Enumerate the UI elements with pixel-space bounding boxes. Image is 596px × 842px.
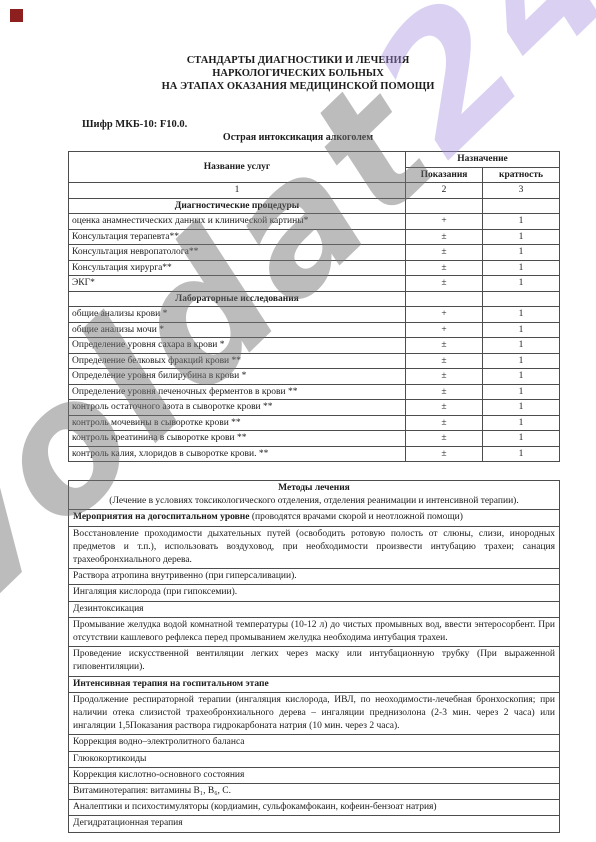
service-name: Консультация хирурга** bbox=[69, 260, 406, 276]
service-indication: ± bbox=[406, 353, 483, 369]
treatment-table: Методы лечения (Лечение в условиях токси… bbox=[68, 480, 560, 833]
service-indication: ± bbox=[406, 446, 483, 462]
treatment-cell: Коррекция кислотно-основного состояния bbox=[69, 767, 560, 783]
service-row: оценка анамнестических данных и клиничес… bbox=[69, 214, 560, 230]
diagnosis-subtitle: Острая интоксикация алкоголем bbox=[0, 132, 596, 143]
service-name: оценка анамнестических данных и клиничес… bbox=[69, 214, 406, 230]
treatment-cell: Промывание желудка водой комнатной темпе… bbox=[69, 617, 560, 646]
treatment-row: Промывание желудка водой комнатной темпе… bbox=[69, 617, 560, 646]
service-frequency: 1 bbox=[483, 415, 560, 431]
service-frequency: 1 bbox=[483, 353, 560, 369]
service-row: Определение уровня печеночных ферментов … bbox=[69, 384, 560, 400]
service-frequency: 1 bbox=[483, 214, 560, 230]
section-title: Лабораторные исследования bbox=[69, 291, 406, 307]
treatment-subtitle: (Лечение в условиях токсикологического о… bbox=[73, 495, 555, 508]
section-row: Лабораторные исследования bbox=[69, 291, 560, 307]
treatment-row: Продолжение респираторной терапии (ингал… bbox=[69, 692, 560, 735]
service-row: контроль остаточного азота в сыворотке к… bbox=[69, 400, 560, 416]
service-indication: + bbox=[406, 214, 483, 230]
service-indication: + bbox=[406, 307, 483, 323]
service-name: общие анализы мочи * bbox=[69, 322, 406, 338]
service-frequency: 1 bbox=[483, 400, 560, 416]
service-frequency: 1 bbox=[483, 431, 560, 447]
service-row: Определение белковых фракций крови ** ± … bbox=[69, 353, 560, 369]
treatment-cell: Коррекция водно–электролитного баланса bbox=[69, 735, 560, 751]
service-indication: ± bbox=[406, 260, 483, 276]
treatment-row: Глюкокортикоиды bbox=[69, 751, 560, 767]
treatment-cell: Глюкокортикоиды bbox=[69, 751, 560, 767]
treatment-header-cell: Методы лечения (Лечение в условиях токси… bbox=[69, 481, 560, 510]
treatment-cell: Аналептики и психостимуляторы (кордиамин… bbox=[69, 800, 560, 816]
treatment-row: Коррекция кислотно-основного состояния bbox=[69, 767, 560, 783]
treatment-cell: Витаминотерапия: витамины В₁, В₆, С. bbox=[69, 784, 560, 800]
service-frequency: 1 bbox=[483, 307, 560, 323]
treatment-cell: Восстановление проходимости дыхательных … bbox=[69, 526, 560, 569]
service-indication: ± bbox=[406, 369, 483, 385]
document-page: СТАНДАРТЫ ДИАГНОСТИКИ И ЛЕЧЕНИЯ НАРКОЛОГ… bbox=[0, 0, 596, 842]
service-indication: + bbox=[406, 322, 483, 338]
service-frequency: 1 bbox=[483, 338, 560, 354]
title-line-2: НАРКОЛОГИЧЕСКИХ БОЛЬНЫХ bbox=[0, 67, 596, 80]
section-title: Диагностические процедуры bbox=[69, 198, 406, 214]
treatment-row: Проведение искусственной вентиляции легк… bbox=[69, 647, 560, 676]
treatment-cell: Дегидратационная терапия bbox=[69, 816, 560, 832]
title-line-3: НА ЭТАПАХ ОКАЗАНИЯ МЕДИЦИНСКОЙ ПОМОЩИ bbox=[0, 80, 596, 93]
header-row-1: Название услуг Назначение bbox=[69, 152, 560, 168]
index-cell-2: 2 bbox=[406, 183, 483, 199]
treatment-row: Интенсивная терапия на госпитальном этап… bbox=[69, 676, 560, 692]
service-name: контроль мочевины в сыворотке крови ** bbox=[69, 415, 406, 431]
service-name: общие анализы крови * bbox=[69, 307, 406, 323]
col-header-group: Назначение bbox=[406, 152, 560, 168]
service-row: Консультация хирурга** ± 1 bbox=[69, 260, 560, 276]
service-row: контроль калия, хлоридов в сыворотке кро… bbox=[69, 446, 560, 462]
service-indication: ± bbox=[406, 400, 483, 416]
service-indication: ± bbox=[406, 384, 483, 400]
treatment-row: Аналептики и психостимуляторы (кордиамин… bbox=[69, 800, 560, 816]
service-name: контроль калия, хлоридов в сыворотке кро… bbox=[69, 446, 406, 462]
service-row: Консультация невропатолога** ± 1 bbox=[69, 245, 560, 261]
document-title: СТАНДАРТЫ ДИАГНОСТИКИ И ЛЕЧЕНИЯ НАРКОЛОГ… bbox=[0, 54, 596, 93]
title-line-1: СТАНДАРТЫ ДИАГНОСТИКИ И ЛЕЧЕНИЯ bbox=[0, 54, 596, 67]
service-frequency: 1 bbox=[483, 229, 560, 245]
service-indication: ± bbox=[406, 245, 483, 261]
treatment-cell: Продолжение респираторной терапии (ингал… bbox=[69, 692, 560, 735]
treatment-row: Мероприятия на догоспитальном уровне (пр… bbox=[69, 510, 560, 526]
treatment-cell: Раствора атропина внутривенно (при гипер… bbox=[69, 569, 560, 585]
service-row: контроль мочевины в сыворотке крови ** ±… bbox=[69, 415, 560, 431]
empty-cell bbox=[483, 198, 560, 214]
service-name: Определение уровня печеночных ферментов … bbox=[69, 384, 406, 400]
service-row: общие анализы мочи * + 1 bbox=[69, 322, 560, 338]
treatment-cell: Проведение искусственной вентиляции легк… bbox=[69, 647, 560, 676]
treatment-row: Дегидратационная терапия bbox=[69, 816, 560, 832]
treatment-cell: Ингаляция кислорода (при гипоксемии). bbox=[69, 585, 560, 601]
section-row: Диагностические процедуры bbox=[69, 198, 560, 214]
index-cell-1: 1 bbox=[69, 183, 406, 199]
treatment-row: Восстановление проходимости дыхательных … bbox=[69, 526, 560, 569]
service-frequency: 1 bbox=[483, 369, 560, 385]
service-row: Консультация терапевта** ± 1 bbox=[69, 229, 560, 245]
treatment-cell: Мероприятия на догоспитальном уровне (пр… bbox=[69, 510, 560, 526]
service-row: Определение уровня сахара в крови * ± 1 bbox=[69, 338, 560, 354]
service-indication: ± bbox=[406, 415, 483, 431]
treatment-row: Коррекция водно–электролитного баланса bbox=[69, 735, 560, 751]
service-name: контроль остаточного азота в сыворотке к… bbox=[69, 400, 406, 416]
treatment-row: Витаминотерапия: витамины В₁, В₆, С. bbox=[69, 784, 560, 800]
col-header-name: Название услуг bbox=[69, 152, 406, 183]
service-frequency: 1 bbox=[483, 276, 560, 292]
icd-code-label: Шифр МКБ-10: F10.0. bbox=[82, 119, 596, 130]
service-frequency: 1 bbox=[483, 384, 560, 400]
service-row: контроль креатинина в сыворотке крови **… bbox=[69, 431, 560, 447]
treatment-title: Методы лечения bbox=[73, 482, 555, 495]
service-indication: ± bbox=[406, 431, 483, 447]
service-indication: ± bbox=[406, 229, 483, 245]
service-name: Консультация невропатолога** bbox=[69, 245, 406, 261]
service-indication: ± bbox=[406, 338, 483, 354]
treatment-cell: Интенсивная терапия на госпитальном этап… bbox=[69, 676, 560, 692]
treatment-row: Дезинтоксикация bbox=[69, 601, 560, 617]
corner-stamp-square bbox=[10, 9, 23, 22]
service-name: Определение уровня билирубина в крови * bbox=[69, 369, 406, 385]
service-name: Консультация терапевта** bbox=[69, 229, 406, 245]
index-cell-3: 3 bbox=[483, 183, 560, 199]
empty-cell bbox=[406, 198, 483, 214]
service-row: Определение уровня билирубина в крови * … bbox=[69, 369, 560, 385]
service-name: Определение белковых фракций крови ** bbox=[69, 353, 406, 369]
services-table-header: Название услуг Назначение Показания крат… bbox=[69, 152, 560, 199]
service-frequency: 1 bbox=[483, 260, 560, 276]
service-row: ЭКГ* ± 1 bbox=[69, 276, 560, 292]
treatment-header-row: Методы лечения (Лечение в условиях токси… bbox=[69, 481, 560, 510]
service-name: Определение уровня сахара в крови * bbox=[69, 338, 406, 354]
service-frequency: 1 bbox=[483, 322, 560, 338]
col-header-frequency: кратность bbox=[483, 167, 560, 183]
treatment-row: Раствора атропина внутривенно (при гипер… bbox=[69, 569, 560, 585]
services-table: Название услуг Назначение Показания крат… bbox=[68, 151, 560, 462]
empty-cell bbox=[406, 291, 483, 307]
col-header-indication: Показания bbox=[406, 167, 483, 183]
service-indication: ± bbox=[406, 276, 483, 292]
service-frequency: 1 bbox=[483, 446, 560, 462]
empty-cell bbox=[483, 291, 560, 307]
treatment-cell: Дезинтоксикация bbox=[69, 601, 560, 617]
treatment-row: Ингаляция кислорода (при гипоксемии). bbox=[69, 585, 560, 601]
service-name: контроль креатинина в сыворотке крови ** bbox=[69, 431, 406, 447]
column-index-row: 1 2 3 bbox=[69, 183, 560, 199]
service-row: общие анализы крови * + 1 bbox=[69, 307, 560, 323]
service-name: ЭКГ* bbox=[69, 276, 406, 292]
service-frequency: 1 bbox=[483, 245, 560, 261]
